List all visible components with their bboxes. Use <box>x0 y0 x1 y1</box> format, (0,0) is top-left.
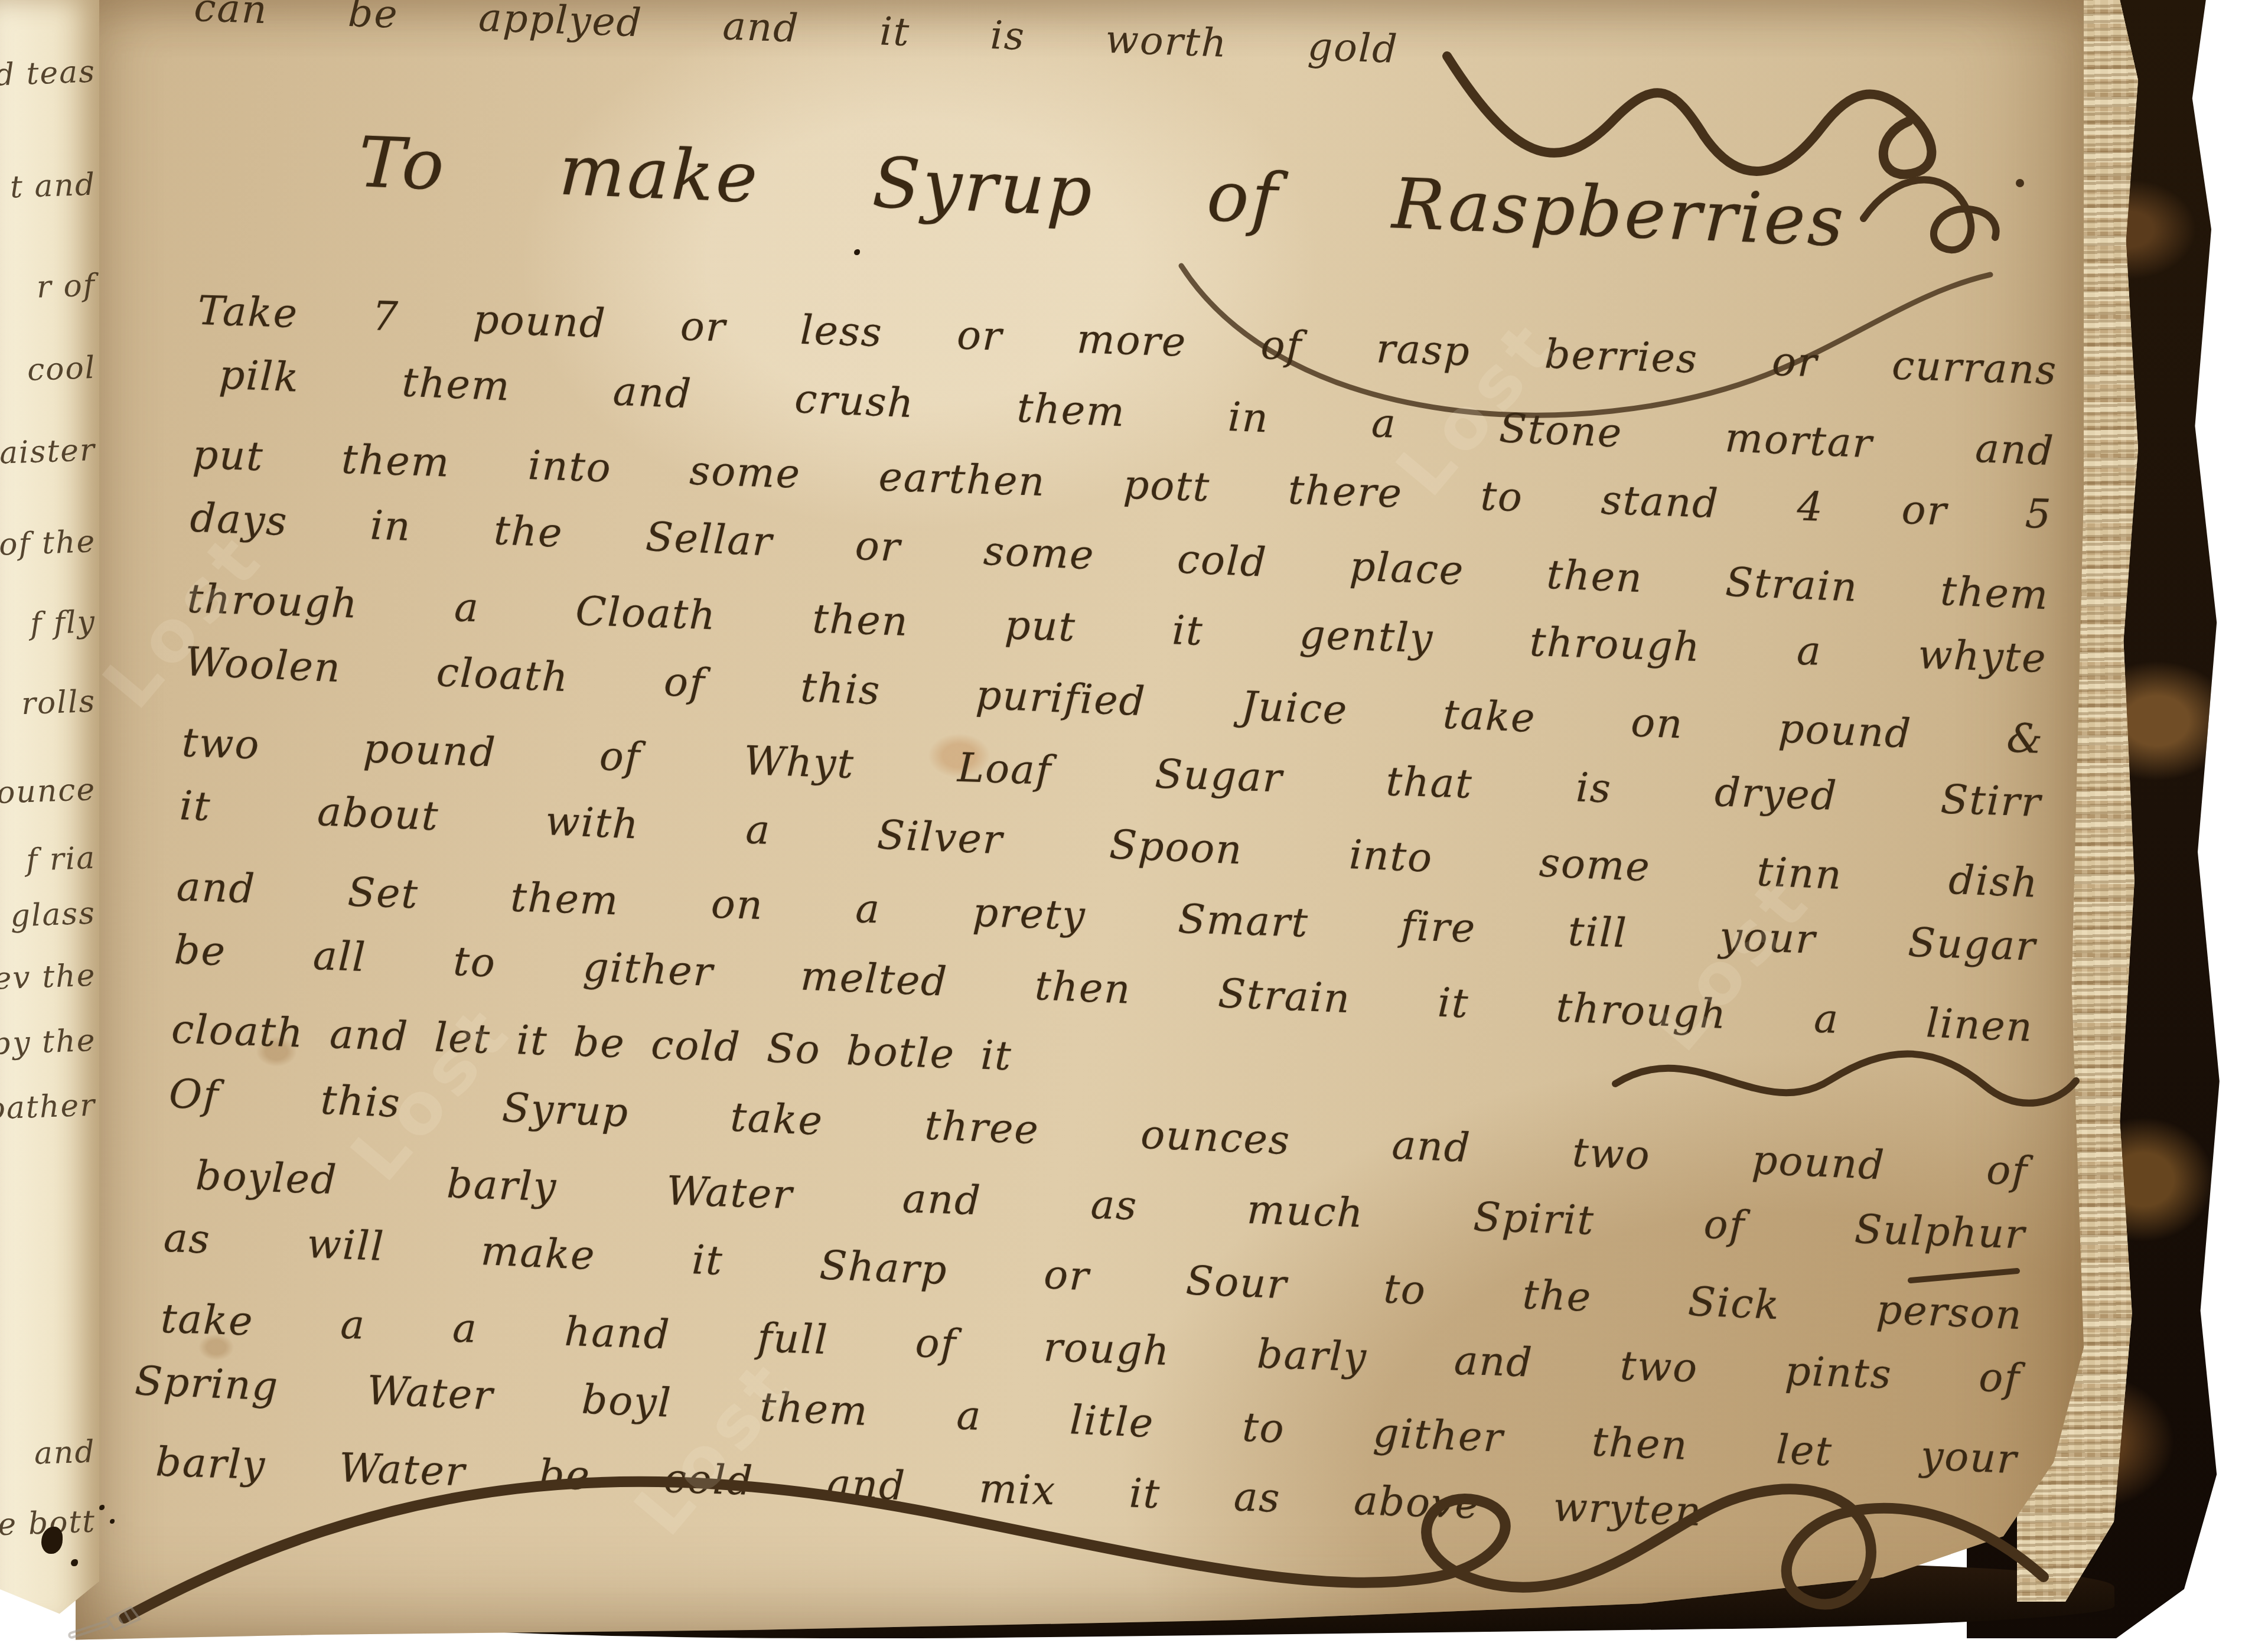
facing-page-edge: ed teas t and r of cool aister of the f … <box>0 0 99 1630</box>
facing-fragment: f ria <box>25 840 96 878</box>
person-line-dash <box>1908 1264 2026 1287</box>
facing-fragment: rolls <box>21 684 96 722</box>
bottom-flourish <box>100 1441 2085 1642</box>
facing-fragment: and <box>34 1434 96 1472</box>
title-end-squiggle <box>1855 148 2014 272</box>
facing-fragment: loather <box>0 1087 96 1127</box>
facing-fragment: ounce <box>0 772 96 811</box>
facing-fragment: ed teas <box>0 54 96 93</box>
facing-fragment: t and <box>9 167 96 205</box>
facing-fragment: f fly <box>30 604 96 642</box>
facing-fragment: lev the <box>0 958 96 997</box>
manuscript-photo: ed teas t and r of cool aister of the f … <box>0 0 2268 1643</box>
facing-fragment: cool <box>27 350 96 388</box>
facing-fragment: by the <box>0 1023 96 1062</box>
watermark-utensil-icon <box>65 1605 154 1641</box>
facing-fragment: aister <box>0 432 96 471</box>
facing-fragment: of the <box>0 524 96 563</box>
facing-fragment: a glass <box>0 896 96 935</box>
facing-fragment: r of <box>36 268 96 305</box>
